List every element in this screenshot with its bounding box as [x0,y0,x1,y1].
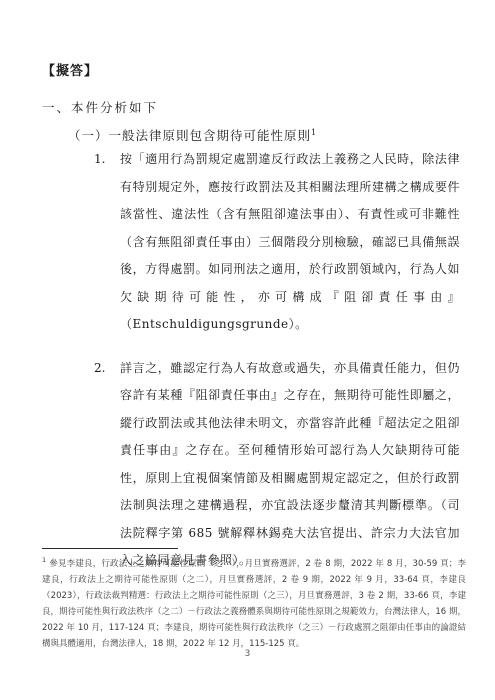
numbered-paragraph-1: 1. 按「適用行為罰規定處罰違反行政法上義務之人民時，除法律有特別規定外，應按行… [94,146,460,339]
paragraph-text: 詳言之，雖認定行為人有故意或過失，亦具備責任能力，但仍容許有某種『阻卻責任事由』… [120,355,460,575]
footnote-separator [42,548,178,549]
paragraph-number: 2. [94,355,120,383]
numbered-paragraph-list: 1. 按「適用行為罰規定處罰違反行政法上義務之人民時，除法律有特別規定外，應按行… [94,146,460,575]
page-number: 3 [0,649,495,659]
section-heading: 一、本件分析如下 [42,98,158,116]
footnote-text: 1參見李建良，行政法上之期待可能性原則（之一），月旦實務選評，2 卷 8 期，2… [42,556,466,652]
footnote-ref-marker: 1 [311,128,317,137]
footnote-citation: 參見李建良，行政法上之期待可能性原則（之一），月旦實務選評，2 卷 8 期，20… [42,559,466,649]
answer-heading: 【擬答】 [42,60,98,79]
footnote-number: 1 [42,556,46,564]
paragraph-text: 按「適用行為罰規定處罰違反行政法上義務之人民時，除法律有特別規定外，應按行政罰法… [120,146,460,339]
subsection-heading: （一）一般法律原則包含期待可能性原則1 [68,126,317,144]
numbered-paragraph-2: 2. 詳言之，雖認定行為人有故意或過失，亦具備責任能力，但仍容許有某種『阻卻責任… [94,355,460,575]
subsection-heading-text: （一）一般法律原則包含期待可能性原則 [68,128,311,143]
document-page: 【擬答】 一、本件分析如下 （一）一般法律原則包含期待可能性原則1 1. 按「適… [0,0,495,700]
footnote-area: 1參見李建良，行政法上之期待可能性原則（之一），月旦實務選評，2 卷 8 期，2… [42,548,466,652]
paragraph-number: 1. [94,146,120,174]
